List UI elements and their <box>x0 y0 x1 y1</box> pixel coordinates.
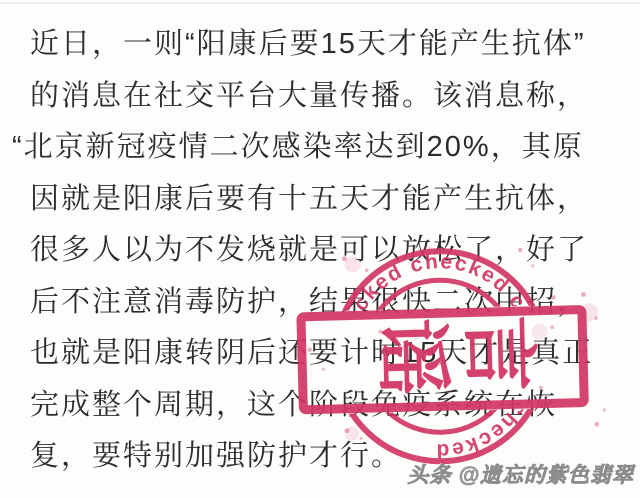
article-line-5: 很多人以为不发烧就是可以放松了，好了 <box>30 225 624 277</box>
article-image: 近日，一则“阳康后要15天才能产生抗体” 的消息在社交平台大量传播。该消息称， … <box>0 0 640 498</box>
toutiao-watermark: 头条@遗忘的紫色翡翠 <box>408 459 634 489</box>
article-line-6: 后不注意消毒防护，结果很快二次中招， <box>30 277 624 329</box>
article-line-3: “北京新冠疫情二次感染率达到20%，其原 <box>30 122 624 174</box>
article-text-block: 近日，一则“阳康后要15天才能产生抗体” 的消息在社交平台大量传播。该消息称， … <box>30 19 624 483</box>
article-line-7: 也就是阳康转阴后还要计时15天才是真正 <box>30 328 624 380</box>
article-line-4: 因就是阳康后要有十五天才能产生抗体， <box>30 174 624 226</box>
article-line-1: 近日，一则“阳康后要15天才能产生抗体” <box>30 19 624 71</box>
watermark-username: @遗忘的紫色翡翠 <box>459 464 634 487</box>
article-line-8: 完成整个周期，这个阶段免疫系统在恢 <box>30 380 624 432</box>
article-line-2: 的消息在社交平台大量传播。该消息称， <box>30 71 624 123</box>
toutiao-logo-text: 头条 <box>408 464 452 487</box>
